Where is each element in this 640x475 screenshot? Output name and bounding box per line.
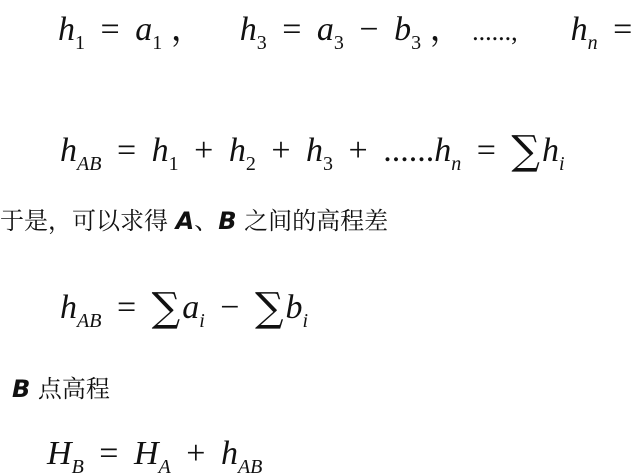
subscript: 2	[246, 153, 256, 175]
var-h: h	[306, 132, 323, 169]
subscript: i	[559, 153, 565, 175]
var-a: a	[135, 11, 152, 48]
var-h: h	[60, 289, 77, 326]
var-h: h	[58, 11, 75, 48]
subscript: i	[303, 310, 309, 332]
var-h: h	[434, 132, 451, 169]
subscript: 3	[323, 153, 333, 175]
ellipsis: ......	[383, 132, 434, 169]
equals-sign: =	[282, 11, 301, 48]
var-h: h	[229, 132, 246, 169]
var-h: h	[542, 132, 559, 169]
summation-icon: ∑	[511, 128, 540, 174]
subscript: AB	[77, 153, 101, 175]
minus-sign: −	[359, 11, 378, 48]
comma: ，	[430, 11, 464, 48]
plus-sign: +	[349, 132, 368, 169]
equals-sign: =	[101, 11, 120, 48]
equals-sign: =	[477, 132, 496, 169]
var-a: a	[182, 289, 199, 326]
equals-sign: =	[117, 132, 136, 169]
plus-sign: +	[271, 132, 290, 169]
subscript: A	[159, 456, 171, 475]
subscript: 1	[152, 32, 162, 54]
var-H: H	[47, 435, 72, 472]
equals-sign: =	[99, 435, 118, 472]
var-h: h	[221, 435, 238, 472]
subscript: 3	[411, 32, 421, 54]
subscript: n	[588, 32, 598, 54]
var-h: h	[571, 11, 588, 48]
summation-icon: ∑	[152, 285, 181, 331]
subscript: B	[72, 456, 84, 475]
var-b: b	[394, 11, 411, 48]
subscript: AB	[238, 456, 262, 475]
subscript: 3	[334, 32, 344, 54]
equals-sign: =	[613, 11, 632, 48]
equation-elevation-b: HB = HA + hAB	[47, 437, 262, 471]
text-point-b-elevation: B 点高程	[12, 377, 110, 401]
plus-sign: +	[186, 435, 205, 472]
point-label-a: A	[176, 207, 195, 235]
subscript: 1	[75, 32, 85, 54]
plus-sign: +	[194, 132, 213, 169]
equals-sign: =	[117, 289, 136, 326]
var-H: H	[134, 435, 159, 472]
summation-icon: ∑	[255, 285, 284, 331]
subscript: i	[199, 310, 205, 332]
subscript: 1	[169, 153, 179, 175]
point-label-b: B	[12, 375, 30, 403]
var-a: a	[317, 11, 334, 48]
equation-height-difference-sum: hAB = ∑ai − ∑bi	[60, 288, 308, 328]
text-height-difference-intro: 于是，可以求得 A、B 之间的高程差	[0, 209, 388, 233]
minus-sign: −	[220, 289, 239, 326]
text: 点高程	[30, 375, 110, 403]
equation-total-height-difference: hAB = h1 + h2 + h3 + ......hn = ∑hi	[60, 131, 565, 171]
var-b: b	[286, 289, 303, 326]
separator: 、	[194, 207, 218, 235]
comma: ，	[171, 11, 205, 48]
var-h: h	[240, 11, 257, 48]
subscript: n	[451, 153, 461, 175]
var-h: h	[60, 132, 77, 169]
text: 于是，可以求得	[0, 207, 176, 235]
equation-height-differences: h1 = a1 ， h3 = a3 − b3 ， ......, hn = an…	[58, 13, 640, 47]
subscript: 3	[257, 32, 267, 54]
subscript: AB	[77, 310, 101, 332]
ellipsis: ......,	[472, 17, 518, 46]
text: 之间的高程差	[237, 207, 389, 235]
point-label-b: B	[218, 207, 236, 235]
var-h: h	[152, 132, 169, 169]
